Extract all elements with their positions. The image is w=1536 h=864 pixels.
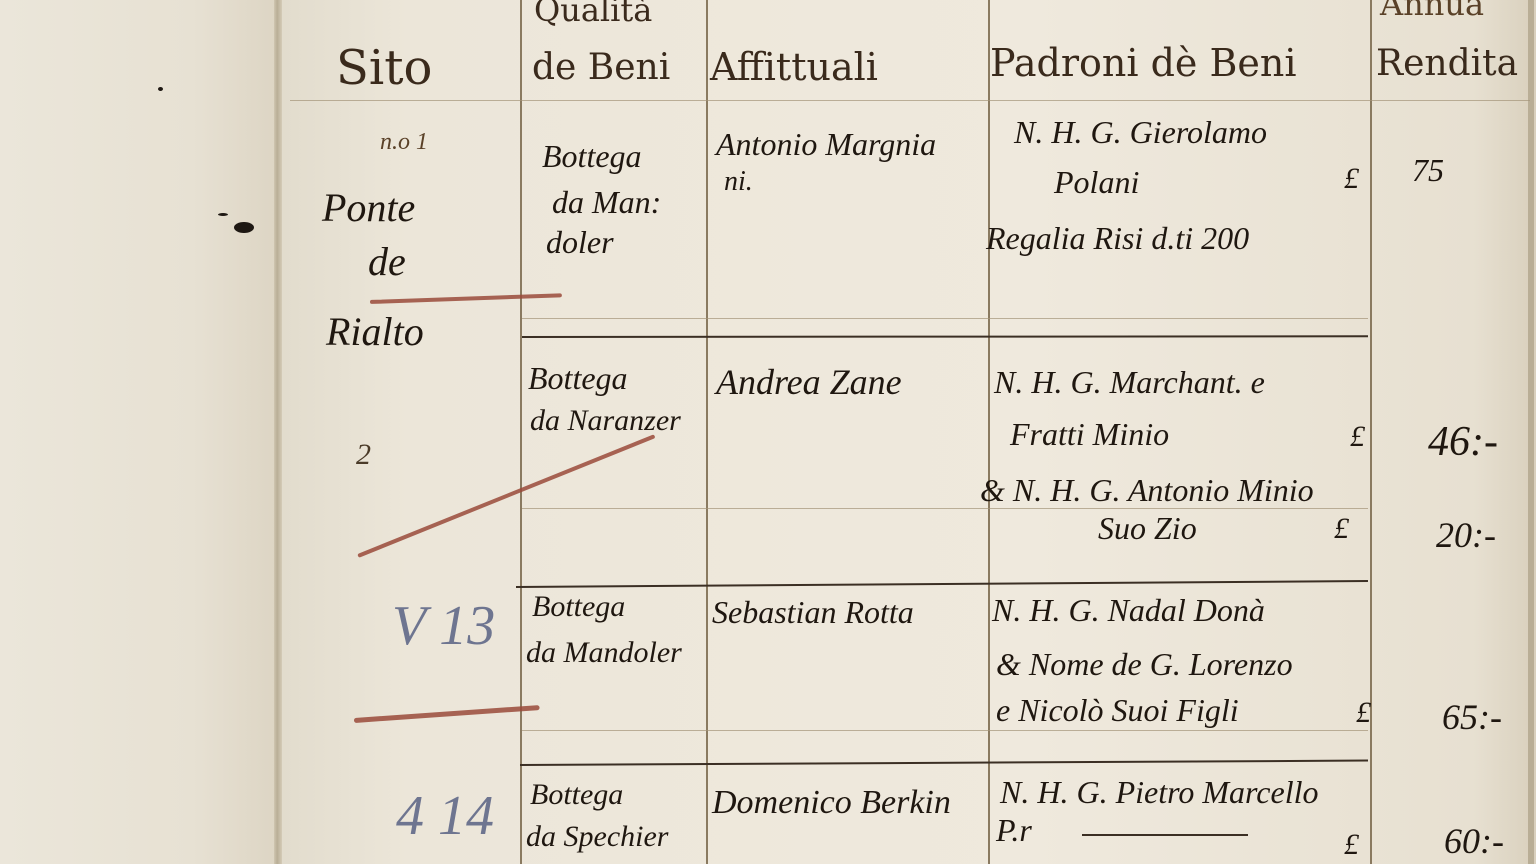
entry-1-padroni: Polani bbox=[1054, 166, 1139, 198]
entry-3-affittuale: Sebastian Rotta bbox=[712, 596, 914, 628]
entry-1-rendita: 75 bbox=[1412, 152, 1444, 189]
left-page-blank bbox=[0, 0, 276, 864]
entry-2-rendita: 46:- bbox=[1428, 418, 1498, 466]
header-annua-line1: Annua bbox=[1380, 0, 1484, 20]
entry-1-padroni: Regalia Risi d.ti 200 bbox=[986, 222, 1249, 254]
sito-place-line1: Ponte bbox=[322, 188, 415, 228]
header-affittuali: Affittuali bbox=[710, 48, 878, 86]
entry-1-lira-symbol: £ bbox=[1344, 162, 1359, 196]
entry-2-padroni: & N. H. G. Antonio Minio bbox=[980, 474, 1314, 506]
entry-2-margin-number: 2 bbox=[356, 440, 371, 470]
header-qualita-line2: de Beni bbox=[532, 50, 670, 86]
entry-4-rendita: 60:- bbox=[1444, 820, 1504, 862]
column-rule bbox=[706, 0, 708, 864]
entry-4-padroni: N. H. G. Pietro Marcello bbox=[1000, 776, 1318, 808]
column-rule bbox=[520, 0, 522, 864]
entry-3-padroni: e Nicolò Suoi Figli bbox=[996, 694, 1239, 726]
entry-3-qualita: da Mandoler bbox=[526, 638, 682, 668]
entry-1-qualita: da Man: bbox=[552, 186, 661, 218]
entry-2-padroni: N. H. G. Marchant. e bbox=[994, 366, 1265, 398]
ink-speck bbox=[158, 87, 163, 91]
row-rule bbox=[522, 508, 1368, 509]
ink-speck bbox=[218, 213, 228, 216]
entry-1-qualita: doler bbox=[546, 226, 614, 258]
entry-3-qualita: Bottega bbox=[532, 592, 625, 622]
entry-3-rendita: 65:- bbox=[1442, 696, 1502, 738]
entry-2-padroni: Fratti Minio bbox=[1010, 418, 1169, 450]
column-rule bbox=[1528, 0, 1534, 864]
sito-number: n.o 1 bbox=[380, 130, 428, 154]
entry-1-qualita: Bottega bbox=[542, 140, 642, 172]
entry-2-lira-symbol: £ bbox=[1350, 420, 1365, 454]
entry-3-margin-number: V 13 bbox=[392, 598, 495, 654]
header-sito: Sito bbox=[336, 44, 432, 92]
header-annua-line2: Rendita bbox=[1376, 46, 1518, 82]
sito-place-line3: Rialto bbox=[326, 312, 424, 352]
entry-4-qualita: da Spechier bbox=[526, 822, 668, 852]
ink-blot bbox=[234, 222, 254, 233]
entry-3-padroni: N. H. G. Nadal Donà bbox=[992, 594, 1265, 626]
entry-2-padroni: Suo Zio bbox=[1098, 512, 1197, 544]
entry-2-affittuale: Andrea Zane bbox=[716, 364, 902, 400]
sito-place-line2: de bbox=[368, 242, 406, 282]
book-gutter bbox=[274, 0, 282, 864]
header-qualita-line1: Qualità bbox=[534, 0, 652, 26]
entry-1-affittuale: ni. bbox=[724, 168, 753, 196]
column-rule bbox=[988, 0, 990, 864]
row-rule bbox=[522, 318, 1368, 319]
entry-4-padroni: P.r bbox=[996, 814, 1032, 846]
entry-4-lira-symbol: £ bbox=[1344, 828, 1359, 862]
entry-2-qualita: da Naranzer bbox=[530, 406, 681, 436]
entry-1-affittuale: Antonio Margnia bbox=[716, 128, 936, 160]
entry-3-padroni: & Nome de G. Lorenzo bbox=[996, 648, 1293, 680]
entry-2-qualita: Bottega bbox=[528, 362, 628, 394]
entry-4-qualita: Bottega bbox=[530, 780, 623, 810]
entry-2-lira-symbol: £ bbox=[1334, 512, 1349, 546]
entry-4-affittuale: Domenico Berkin bbox=[712, 786, 951, 820]
header-rule bbox=[290, 100, 1530, 101]
header-padroni: Padroni dè Beni bbox=[990, 44, 1297, 82]
entry-2-rendita: 20:- bbox=[1436, 514, 1496, 556]
row-rule bbox=[522, 730, 1368, 731]
underline-stroke bbox=[1082, 834, 1248, 836]
entry-3-lira-symbol: £ bbox=[1356, 696, 1371, 730]
entry-4-margin-number: 4 14 bbox=[396, 788, 494, 844]
column-rule bbox=[1370, 0, 1372, 864]
entry-1-padroni: N. H. G. Gierolamo bbox=[1014, 116, 1267, 148]
